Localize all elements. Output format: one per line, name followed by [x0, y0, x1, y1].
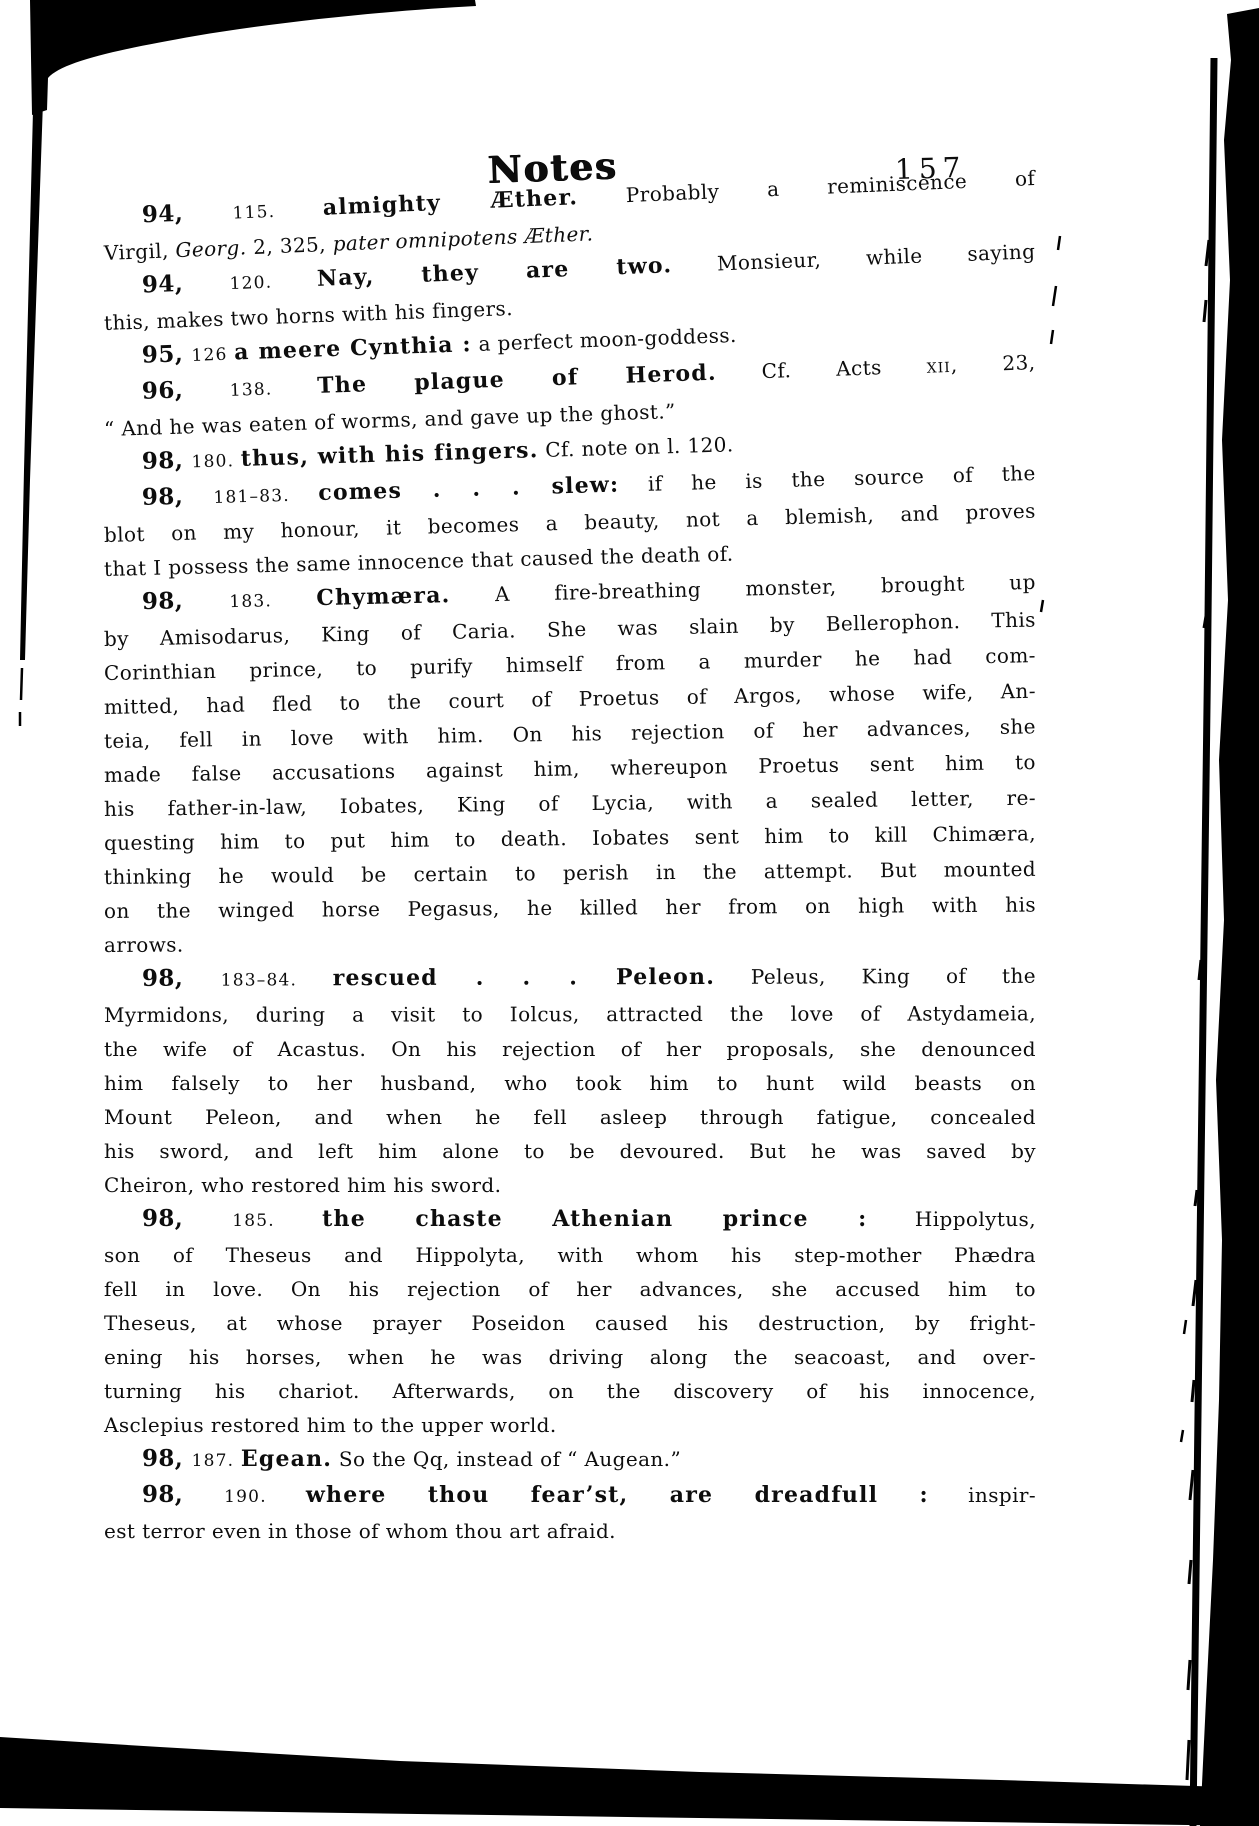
note-line: 98, 185. the chaste Athenian prince : Hi… [104, 1202, 1036, 1238]
note-line: his sword, and left him alone to be devo… [104, 1134, 1036, 1168]
note-line: 98, 190. where thou fear’st, are dreadfu… [104, 1478, 1036, 1514]
note-line: Theseus, at whose prayer Poseidon caused… [104, 1306, 1036, 1340]
note-line: him falsely to her husband, who took him… [104, 1066, 1036, 1100]
scanned-book-page: Notes 157 94, 115. almighty Æther. Proba… [0, 0, 1259, 1826]
note-line: turning his chariot. Afterwards, on the … [104, 1374, 1036, 1408]
notes-text-block: 94, 115. almighty Æther. Probably a remi… [104, 200, 1036, 1548]
note-line: Cheiron, who restored him his sword. [104, 1168, 1036, 1202]
note-line: Asclepius restored him to the upper worl… [104, 1408, 1036, 1442]
ink-specks [1041, 236, 1186, 1442]
scan-artifact-right-band-inner [1193, 58, 1214, 1826]
note-line: arrows. [104, 923, 1036, 962]
note-line: on the winged horse Pegasus, he killed h… [104, 887, 1036, 928]
note-line: the wife of Acastus. On his rejection of… [104, 1032, 1036, 1066]
note-line: Myrmidons, during a visit to Iolcus, att… [104, 996, 1036, 1032]
note-line: est terror even in those of whom thou ar… [104, 1514, 1036, 1548]
scan-artifact-top-left-wedge [30, 0, 476, 115]
scan-artifact-left-gutter-fade [20, 668, 22, 726]
note-line: son of Theseus and Hippolyta, with whom … [104, 1238, 1036, 1272]
note-line: fell in love. On his rejection of her ad… [104, 1272, 1036, 1306]
note-line: ening his horses, when he was driving al… [104, 1340, 1036, 1374]
note-line: 98, 187. Egean. So the Qq, instead of “ … [104, 1442, 1036, 1478]
note-line: 98, 183–84. rescued . . . Peleon. Peleus… [104, 959, 1036, 998]
scan-artifact-bottom-band [0, 1737, 1259, 1826]
scan-artifact-left-gutter-line [20, 70, 44, 660]
note-line: Mount Peleon, and when he fell asleep th… [104, 1100, 1036, 1134]
